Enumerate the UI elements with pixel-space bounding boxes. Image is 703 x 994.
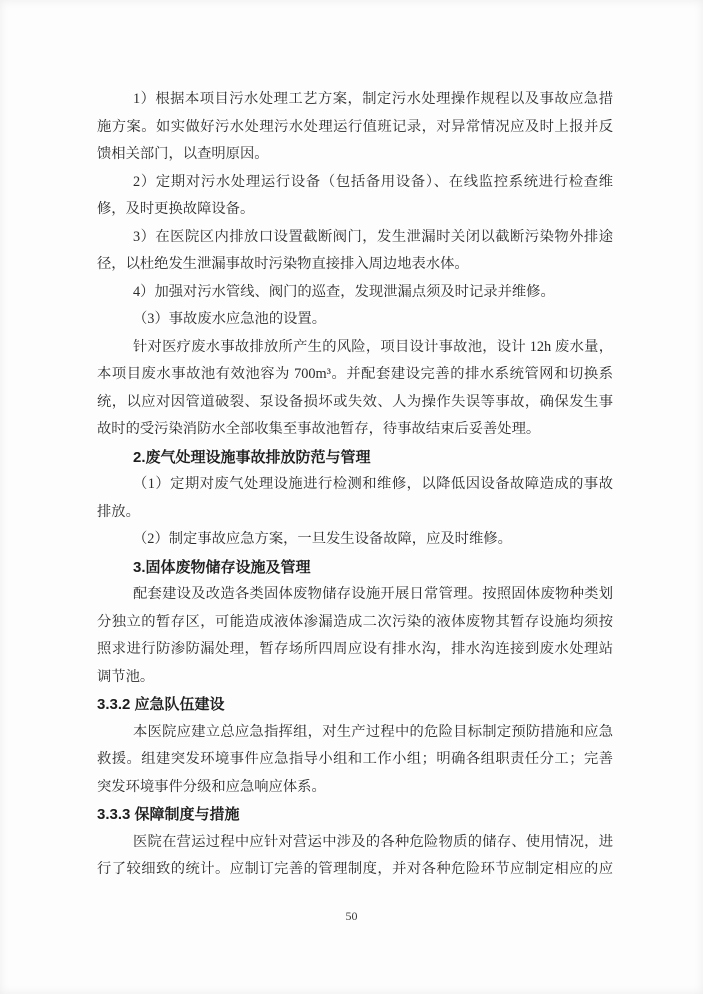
text-line: 分独立的暂存区，可能造成液体渗漏造成二次污染的液体废物其暂存设施均须按 — [97, 609, 613, 637]
paragraph: 本医院应建立总应急指挥组，对生产过程中的危险目标制定预防措施和应急 救援。组建突… — [97, 719, 613, 802]
section-heading: 3.3.3 保障制度与措施 — [97, 801, 613, 829]
heading-line: 3.固体废物储存设施及管理 — [97, 554, 613, 582]
text-line: 行了较细致的统计。应制订完善的管理制度，并对各种危险环节应制定相应的应 — [97, 856, 613, 884]
paragraph: 2）定期对污水处理运行设备（包括备用设备）、在线监控系统进行检查维 修，及时更换… — [97, 169, 613, 224]
text-line: 调节池。 — [97, 664, 613, 692]
text-line: 统，以应对因管道破裂、泵设备损坏或失效、人为操作失误等事故，确保发生事 — [97, 389, 613, 417]
page-number: 50 — [0, 908, 703, 924]
text-line: 4）加强对污水管线、阀门的巡查，发现泄漏点须及时记录并维修。 — [97, 279, 613, 307]
paragraph: 配套建设及改造各类固体废物储存设施开展日常管理。按照固体废物种类划 分独立的暂存… — [97, 581, 613, 691]
heading-line: 3.3.3 保障制度与措施 — [97, 801, 613, 829]
paragraph: 3）在医院区内排放口设置截断阀门，发生泄漏时关闭以截断污染物外排途 径，以杜绝发… — [97, 224, 613, 279]
text-line: 2）定期对污水处理运行设备（包括备用设备）、在线监控系统进行检查维 — [97, 169, 613, 197]
paragraph: （3）事故废水应急池的设置。 — [97, 306, 613, 334]
text-line: 修，及时更换故障设备。 — [97, 196, 613, 224]
text-line: （1）定期对废气处理设施进行检测和维修，以降低因设备故障造成的事故 — [97, 471, 613, 499]
text-line: 针对医疗废水事故排放所产生的风险，项目设计事故池，设计 12h 废水量， — [97, 334, 613, 362]
paragraph: （2）制定事故应急方案，一旦发生设备故障，应及时维修。 — [97, 526, 613, 554]
paragraph: 医院在营运过程中应针对营运中涉及的各种危险物质的储存、使用情况，进 行了较细致的… — [97, 829, 613, 884]
text-line: （3）事故废水应急池的设置。 — [97, 306, 613, 334]
text-line: 排放。 — [97, 499, 613, 527]
text-line: 施方案。如实做好污水处理污水处理运行值班记录，对异常情况应及时上报并反 — [97, 114, 613, 142]
text-line: 故时的受污染消防水全部收集至事故池暂存，待事故结束后妥善处理。 — [97, 416, 613, 444]
text-line: 配套建设及改造各类固体废物储存设施开展日常管理。按照固体废物种类划 — [97, 581, 613, 609]
text-line: 馈相关部门，以查明原因。 — [97, 141, 613, 169]
text-line: 1）根据本项目污水处理工艺方案，制定污水处理操作规程以及事故应急措 — [97, 86, 613, 114]
text-line: 照求进行防渗防漏处理，暂存场所四周应设有排水沟，排水沟连接到废水处理站 — [97, 636, 613, 664]
text-line: 救援。组建突发环境事件应急指导小组和工作小组；明确各组职责任分工；完善 — [97, 746, 613, 774]
document-page: 1）根据本项目污水处理工艺方案，制定污水处理操作规程以及事故应急措 施方案。如实… — [0, 0, 703, 994]
text-line: 医院在营运过程中应针对营运中涉及的各种危险物质的储存、使用情况，进 — [97, 829, 613, 857]
section-heading: 3.固体废物储存设施及管理 — [97, 554, 613, 582]
paragraph: 1）根据本项目污水处理工艺方案，制定污水处理操作规程以及事故应急措 施方案。如实… — [97, 86, 613, 169]
text-line: 径，以杜绝发生泄漏事故时污染物直接排入周边地表水体。 — [97, 251, 613, 279]
text-line: 本医院应建立总应急指挥组，对生产过程中的危险目标制定预防措施和应急 — [97, 719, 613, 747]
paragraph: （1）定期对废气处理设施进行检测和维修，以降低因设备故障造成的事故 排放。 — [97, 471, 613, 526]
section-heading: 2.废气处理设施事故排放防范与管理 — [97, 444, 613, 472]
text-line: 突发环境事件分级和应急响应体系。 — [97, 774, 613, 802]
page-body-text: 1）根据本项目污水处理工艺方案，制定污水处理操作规程以及事故应急措 施方案。如实… — [97, 86, 613, 884]
heading-line: 2.废气处理设施事故排放防范与管理 — [97, 444, 613, 472]
heading-line: 3.3.2 应急队伍建设 — [97, 691, 613, 719]
paragraph: 4）加强对污水管线、阀门的巡查，发现泄漏点须及时记录并维修。 — [97, 279, 613, 307]
text-line: 3）在医院区内排放口设置截断阀门，发生泄漏时关闭以截断污染物外排途 — [97, 224, 613, 252]
text-line: （2）制定事故应急方案，一旦发生设备故障，应及时维修。 — [97, 526, 613, 554]
section-heading: 3.3.2 应急队伍建设 — [97, 691, 613, 719]
text-line: 本项目废水事故池有效池容为 700m³。并配套建设完善的排水系统管网和切换系 — [97, 361, 613, 389]
paragraph: 针对医疗废水事故排放所产生的风险，项目设计事故池，设计 12h 废水量， 本项目… — [97, 334, 613, 444]
